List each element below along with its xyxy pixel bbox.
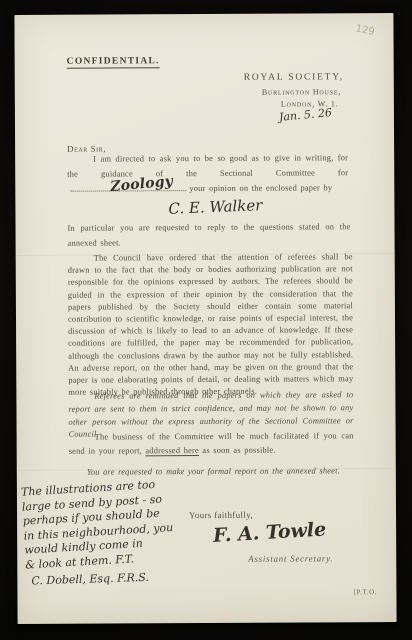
author-handwritten: C. E. Walker [130, 195, 301, 220]
intro-text-post: your opinion on the enclosed paper by [189, 183, 332, 193]
business-text-post: as soon as possible. [199, 446, 276, 455]
pto-mark: [P.T.O. [353, 588, 377, 596]
council-paragraph: The Council have ordered that the attent… [68, 251, 354, 399]
committee-blank-line: Zoology [70, 182, 186, 192]
pencil-page-number: 129 [355, 23, 376, 38]
formal-report-line: You are requested to make your formal re… [69, 464, 354, 479]
intro-text-pre: I am directed to ask you to be so good a… [67, 153, 348, 178]
intro-paragraph: I am directed to ask you to be so good a… [67, 150, 348, 196]
photo-background: 129 CONFIDENTIAL. ROYAL SOCIETY, Burling… [0, 0, 412, 640]
business-paragraph: The business of the Committee will be mu… [69, 429, 354, 458]
business-text-underlined: addressed here [145, 446, 199, 455]
recipient-handwritten: C. Dobell, Esq. F.R.S. [31, 571, 149, 588]
signature-handwritten: F. A. Towle [213, 518, 327, 546]
letterhead-house: Burlington House, [262, 87, 341, 96]
request-paragraph: In particular you are requested to reply… [67, 219, 350, 250]
letterhead-society: ROYAL SOCIETY, [244, 72, 344, 83]
valediction: Yours faithfully, [189, 510, 253, 520]
secretary-title: Assistant Secretary. [248, 553, 333, 563]
confidential-stamp: CONFIDENTIAL. [67, 56, 160, 68]
date-handwritten: Jan. 5. 26 [278, 106, 332, 124]
letter-page: 129 CONFIDENTIAL. ROYAL SOCIETY, Burling… [14, 13, 396, 624]
margin-note-handwritten: The illustrations are too large to send … [21, 475, 206, 573]
